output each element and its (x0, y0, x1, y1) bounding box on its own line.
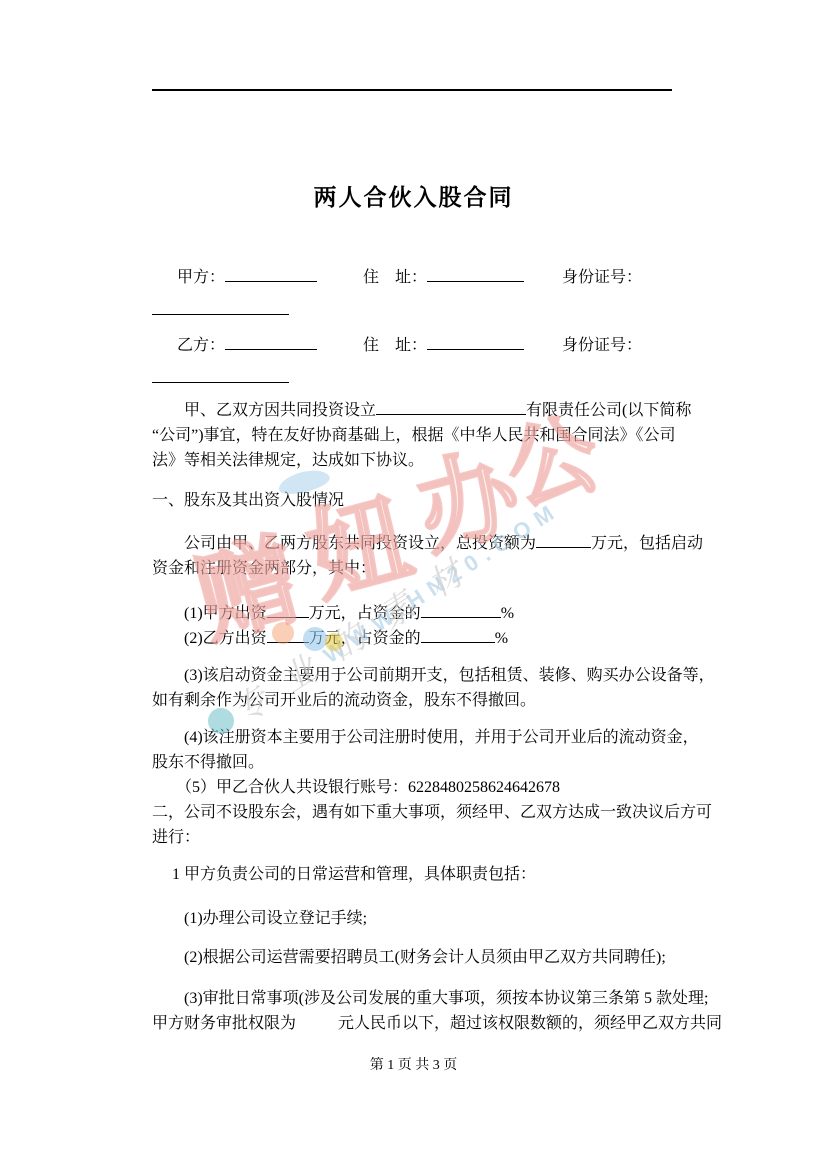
text-line: 如有剩余作为公司开业后的流动资金，股东不得撤回。 (152, 688, 675, 713)
text-run: (1)办理公司设立登记手续; (184, 910, 367, 927)
duty-item-2: (2)根据公司运营需要招聘员工(财务会计人员须由甲乙双方共同聘任); (152, 945, 675, 970)
space-gap (152, 922, 184, 923)
section-2-paragraph: 二，公司不设股东会，遇有如下重大事项，须经甲、乙双方达成一致决议后方可进行： (152, 800, 675, 850)
text-run: 元人民币以下，超过该权限数额的，须经甲乙双方共同 (338, 1015, 722, 1032)
duty-item-3: (3)审批日常事项(涉及公司发展的重大事项，须按本协议第三条第 5 款处理;甲方… (152, 986, 675, 1036)
blank-underline (225, 267, 317, 282)
text-run: (3)审批日常事项(涉及公司发展的重大事项，须按本协议第三条第 5 款处理; (184, 990, 708, 1007)
intro-paragraph: 甲、乙双方因共同投资设立有限责任公司(以下简称“公司”)事宜，特在友好协商基础上… (152, 398, 675, 473)
text-line (152, 366, 675, 391)
text-line: 1 甲方负责公司的日常运营和管理，具体职责包括： (152, 862, 675, 887)
space-gap (152, 617, 184, 618)
text-line: 资金和注册资金两部分，其中： (152, 556, 675, 581)
text-line: (2)根据公司运营需要招聘员工(财务会计人员须由甲乙双方共同聘任); (152, 945, 675, 970)
text-line: (1)甲方出资万元，占资金的% (152, 601, 675, 626)
title-text: 两人合伙入股合同 (152, 181, 675, 214)
document-content: 两人合伙入股合同 甲方：住 址：身份证号： 乙方：住 址：身份证号： 甲、乙双方… (152, 0, 675, 1078)
blank-underline (152, 300, 289, 315)
document-title: 两人合伙入股合同 (152, 0, 675, 214)
text-line: 甲、乙双方因共同投资设立有限责任公司(以下简称 (152, 398, 675, 423)
space-gap (317, 281, 363, 282)
text-run: 身份证号： (562, 269, 642, 286)
page-number-text: 第 1 页 共 3 页 (152, 1053, 675, 1078)
text-run: 如有剩余作为公司开业后的流动资金，股东不得撤回。 (152, 692, 536, 709)
party-b-line: 乙方：住 址：身份证号： (152, 333, 675, 358)
section-1-heading: 一、股东及其出资入股情况 (152, 488, 675, 513)
space-gap (152, 961, 184, 962)
text-run: % (495, 630, 508, 647)
party-a-line: 甲方：住 址：身份证号： (152, 265, 675, 290)
space-gap (152, 281, 177, 282)
text-run: 万元，占资金的 (309, 630, 421, 647)
space-gap (152, 791, 176, 792)
investment-paragraph: 公司由甲、乙两方股东共同投资设立，总投资额为万元，包括启动资金和注册资金两部分，… (152, 531, 675, 581)
text-run: “公司”)事宜，特在友好协商基础上，根据《中华人民共和国合同法》《公司 (152, 427, 676, 444)
blank-underline (421, 603, 501, 618)
text-line: 一、股东及其出资入股情况 (152, 488, 675, 513)
blank-underline (267, 628, 309, 643)
text-run: (1)甲方出资 (184, 605, 267, 622)
blank-underline (427, 267, 524, 282)
text-run: 住 址： (363, 337, 427, 354)
text-line: 股东不得撤回。 (152, 750, 675, 775)
blank-underline (427, 335, 524, 350)
text-run: 乙方： (177, 337, 225, 354)
text-run: 股东不得撤回。 (152, 754, 264, 771)
text-line: 乙方：住 址：身份证号： (152, 333, 675, 358)
text-line: “公司”)事宜，特在友好协商基础上，根据《中华人民共和国合同法》《公司 (152, 423, 675, 448)
text-line: 法》等相关法律规定，达成如下协议。 (152, 448, 675, 473)
blank-underline (536, 533, 591, 548)
text-run: 甲方： (177, 269, 225, 286)
text-line (152, 298, 675, 323)
duty-item-1: (1)办理公司设立登记手续; (152, 906, 675, 931)
text-run: (2)根据公司运营需要招聘员工(财务会计人员须由甲乙双方共同聘任); (184, 949, 666, 966)
text-run: 1 甲方负责公司的日常运营和管理，具体职责包括： (172, 866, 536, 883)
text-line: (2)乙方出资万元，占资金的% (152, 626, 675, 651)
duty-intro-line: 1 甲方负责公司的日常运营和管理，具体职责包括： (152, 862, 675, 887)
text-run: 住 址： (363, 269, 427, 286)
text-line: 甲方财务审批权限为元人民币以下，超过该权限数额的，须经甲乙双方共同 (152, 1011, 675, 1036)
space-gap (152, 414, 184, 415)
blank-underline (225, 335, 317, 350)
text-run: 6228480258624642678 (408, 779, 560, 796)
text-run: （5）甲乙合伙人共设银行账号： (176, 779, 408, 796)
text-run: 一、股东及其出资入股情况 (152, 492, 344, 509)
text-line: 甲方：住 址：身份证号： (152, 265, 675, 290)
text-run: % (501, 605, 514, 622)
text-line: 二，公司不设股东会，遇有如下重大事项，须经甲、乙双方达成一致决议后方可 (152, 800, 675, 825)
space-gap (152, 741, 184, 742)
blank-underline (267, 603, 309, 618)
text-line: (4)该注册资本主要用于公司注册时使用，并用于公司开业后的流动资金， (152, 725, 675, 750)
text-line: (3)审批日常事项(涉及公司发展的重大事项，须按本协议第三条第 5 款处理; (152, 986, 675, 1011)
clause-item-1: (1)甲方出资万元，占资金的% (152, 601, 675, 626)
space-gap (152, 878, 172, 879)
clause-item-3: (3)该启动资金主要用于公司前期开支，包括租赁、装修、购买办公设备等，如有剩余作… (152, 663, 675, 713)
text-run: 二，公司不设股东会，遇有如下重大事项，须经甲、乙双方达成一致决议后方可 (152, 804, 712, 821)
space-gap (152, 1002, 184, 1003)
space-gap (152, 642, 184, 643)
text-run: (3)该启动资金主要用于公司前期开支，包括租赁、装修、购买办公设备等， (184, 667, 715, 684)
blank-underline (376, 400, 526, 415)
blank-underline (152, 368, 289, 383)
text-run: 进行： (152, 829, 200, 846)
text-run: 资金和注册资金两部分，其中： (152, 560, 376, 577)
text-run: 甲方财务审批权限为 (152, 1015, 296, 1032)
text-line: 公司由甲、乙两方股东共同投资设立，总投资额为万元，包括启动 (152, 531, 675, 556)
space-gap (524, 281, 562, 282)
page-footer: 第 1 页 共 3 页 (152, 1053, 675, 1078)
text-run: 公司由甲、乙两方股东共同投资设立，总投资额为 (184, 535, 536, 552)
text-run: 万元，占资金的 (309, 605, 421, 622)
party-a-continuation-underline (152, 298, 675, 323)
blank-underline (421, 628, 495, 643)
space-gap (152, 349, 177, 350)
text-run: (4)该注册资本主要用于公司注册时使用，并用于公司开业后的流动资金， (184, 729, 699, 746)
clause-item-5-bank-account: （5）甲乙合伙人共设银行账号：6228480258624642678 (152, 775, 675, 800)
clause-item-2: (2)乙方出资万元，占资金的% (152, 626, 675, 651)
text-line: 进行： (152, 825, 675, 850)
space-gap (296, 1027, 338, 1028)
text-line: (1)办理公司设立登记手续; (152, 906, 675, 931)
text-run: 有限责任公司(以下简称 (526, 402, 691, 419)
text-run: 法》等相关法律规定，达成如下协议。 (152, 452, 424, 469)
space-gap (524, 349, 562, 350)
space-gap (152, 547, 184, 548)
space-gap (317, 349, 363, 350)
text-run: (2)乙方出资 (184, 630, 267, 647)
document-page: 两人合伙入股合同 甲方：住 址：身份证号： 乙方：住 址：身份证号： 甲、乙双方… (0, 0, 827, 1169)
space-gap (152, 679, 184, 680)
text-line: (3)该启动资金主要用于公司前期开支，包括租赁、装修、购买办公设备等， (152, 663, 675, 688)
text-run: 甲、乙双方因共同投资设立 (184, 402, 376, 419)
text-run: 身份证号： (562, 337, 642, 354)
text-line: （5）甲乙合伙人共设银行账号：6228480258624642678 (152, 775, 675, 800)
clause-item-4: (4)该注册资本主要用于公司注册时使用，并用于公司开业后的流动资金，股东不得撤回… (152, 725, 675, 775)
party-b-continuation-underline (152, 366, 675, 391)
text-run: 万元，包括启动 (591, 535, 703, 552)
